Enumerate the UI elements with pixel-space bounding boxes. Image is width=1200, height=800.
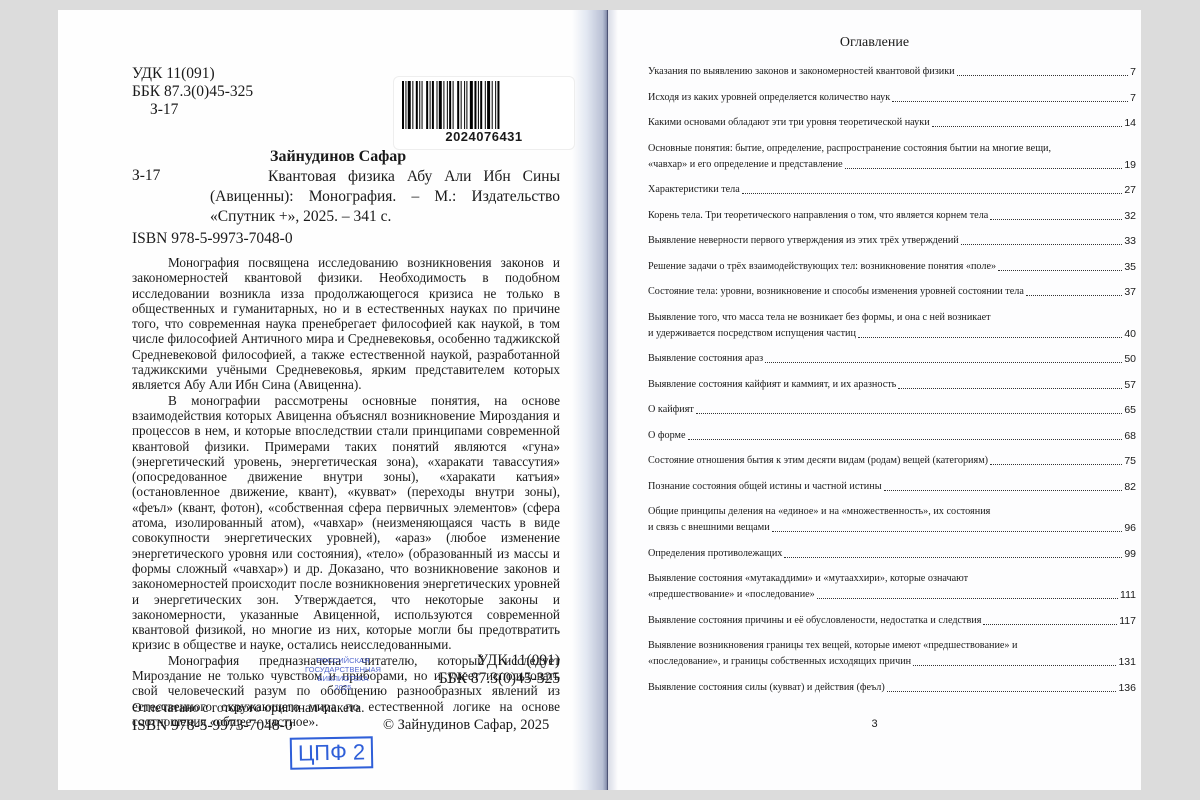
toc-leader-dots — [1026, 295, 1122, 296]
toc-entry[interactable]: Состояние тела: уровни, возникновение и … — [648, 285, 1136, 299]
toc-leader-dots — [772, 531, 1123, 532]
bbk-line: ББК 87.3(0)45-325 — [438, 670, 560, 688]
toc-page-number: 32 — [1124, 209, 1136, 223]
toc-leader-dots — [913, 665, 1116, 666]
toc-entry[interactable]: «чавхар» и его определение и представлен… — [648, 158, 1136, 172]
toc-entry-title: Решение задачи о трёх взаимодействующих … — [648, 260, 996, 274]
toc-page-number: 65 — [1124, 403, 1136, 417]
toc-entry-title: Выявление состояния араз — [648, 352, 763, 366]
toc-entry-title: Выявление состояния силы (кувват) и дейс… — [648, 681, 885, 695]
toc-entry-title: Характеристики тела — [648, 183, 740, 197]
barcode-icon — [402, 81, 566, 129]
toc-leader-dots — [957, 75, 1129, 76]
toc-entry[interactable]: и удерживается посредством испущения час… — [648, 327, 1136, 341]
toc-entry[interactable]: Выявление состояния кайфият и каммият, и… — [648, 378, 1136, 392]
toc-page-number: 35 — [1124, 260, 1136, 274]
copyright: © Зайнудинов Сафар, 2025 — [383, 717, 549, 734]
annotation-paragraph: Монография посвящена исследованию возник… — [132, 255, 560, 393]
toc-entry-title: Указания по выявлению законов и закономе… — [648, 65, 955, 79]
toc-entry[interactable]: Познание состояния общей истины и частно… — [648, 480, 1136, 494]
toc-entry-title: Какими основами обладают эти три уровня … — [648, 116, 930, 130]
toc-leader-dots — [884, 490, 1123, 491]
toc-page-number: 68 — [1124, 429, 1136, 443]
toc-entry[interactable]: Выявление состояния причины и её обуслов… — [648, 614, 1136, 628]
toc-entry-title: Выявление состояния «мутакаддими» и «мут… — [648, 572, 968, 586]
toc-entry[interactable]: Выявление состояния силы (кувват) и дейс… — [648, 681, 1136, 695]
toc-entry-title: Исходя из каких уровней определяется кол… — [648, 91, 890, 105]
toc-page-number: 33 — [1124, 234, 1136, 248]
toc-entry-title: «чавхар» и его определение и представлен… — [648, 158, 843, 172]
toc-leader-dots — [784, 557, 1122, 558]
toc-entry[interactable]: Решение задачи о трёх взаимодействующих … — [648, 260, 1136, 274]
gutter-shadow — [608, 10, 618, 790]
toc-leader-dots — [990, 464, 1122, 465]
toc-entry-title: и связь с внешними вещами — [648, 521, 770, 535]
toc-leader-dots — [961, 244, 1123, 245]
udk-bbk-header: УДК 11(091) ББК 87.3(0)45-325 З-17 — [132, 65, 253, 119]
toc-leader-dots — [898, 388, 1122, 389]
toc-page-number: 75 — [1124, 454, 1136, 468]
toc-leader-dots — [887, 691, 1117, 692]
toc-leader-dots — [990, 219, 1122, 220]
toc-entry-title: и удерживается посредством испущения час… — [648, 327, 856, 341]
toc-entry[interactable]: Общие принципы деления на «единое» и на … — [648, 505, 1136, 519]
toc-entry-title: Определения противолежащих — [648, 547, 782, 561]
toc-entry[interactable]: Характеристики тела27 — [648, 183, 1136, 197]
udk-bbk-footer: УДК 11(091) ББК 87.3(0)45-325 — [438, 652, 560, 688]
stamp-line: БИБЛИОТЕКА — [298, 674, 388, 683]
toc-entry-title: Выявление состояния кайфият и каммият, и… — [648, 378, 896, 392]
toc-entry[interactable]: Исходя из каких уровней определяется кол… — [648, 91, 1136, 105]
toc-entry[interactable]: Выявление состояния араз50 — [648, 352, 1136, 366]
toc-entry[interactable]: Состояние отношения бытия к этим десяти … — [648, 454, 1136, 468]
toc-entry[interactable]: Определения противолежащих99 — [648, 547, 1136, 561]
barcode-number: 2024076431 — [394, 129, 574, 144]
toc-entry[interactable]: Выявление того, что масса тела не возник… — [648, 311, 1136, 325]
toc-entry-title: «последование», и границы собственных ис… — [648, 655, 911, 669]
toc-entry[interactable]: Корень тела. Три теоретического направле… — [648, 209, 1136, 223]
isbn: ISBN 978-5-9973-7048-0 — [132, 230, 293, 248]
toc-page-number: 131 — [1118, 655, 1136, 669]
toc-leader-dots — [932, 126, 1123, 127]
author-name: Зайнудинов Сафар — [270, 148, 406, 166]
toc-entry[interactable]: О форме68 — [648, 429, 1136, 443]
udk-line: УДК 11(091) — [132, 65, 253, 83]
toc-page-number: 96 — [1124, 521, 1136, 535]
printed-note: Отпечатано с готового оригинал-макета. — [132, 700, 364, 716]
table-of-contents: Указания по выявлению законов и закономе… — [648, 65, 1136, 706]
toc-entry[interactable]: Выявление состояния «мутакаддими» и «мут… — [648, 572, 1136, 586]
bibliographic-description: Квантовая физика Абу Али Ибн Сины (Авице… — [210, 167, 560, 227]
toc-leader-dots — [765, 362, 1122, 363]
toc-entry[interactable]: Указания по выявлению законов и закономе… — [648, 65, 1136, 79]
page-number: 3 — [608, 718, 1141, 730]
isbn-bottom: ISBN 978-5-9973-7048-0 — [132, 717, 293, 735]
toc-page-number: 117 — [1119, 614, 1136, 628]
toc-leader-dots — [983, 624, 1117, 625]
toc-entry[interactable]: «последование», и границы собственных ис… — [648, 655, 1136, 669]
stamp-line: ГОСУДАРСТВЕННАЯ — [298, 665, 388, 674]
toc-leader-dots — [688, 439, 1123, 440]
toc-entry[interactable]: Выявление возникновения границы тех веще… — [648, 639, 1136, 653]
toc-leader-dots — [892, 101, 1128, 102]
toc-page-number: 99 — [1124, 547, 1136, 561]
toc-page-number: 136 — [1118, 681, 1136, 695]
toc-page-number: 82 — [1124, 480, 1136, 494]
toc-leader-dots — [845, 168, 1123, 169]
toc-entry-title: Познание состояния общей истины и частно… — [648, 480, 882, 494]
toc-entry[interactable]: Какими основами обладают эти три уровня … — [648, 116, 1136, 130]
toc-page-number: 50 — [1124, 352, 1136, 366]
spine-shadow — [572, 10, 608, 790]
toc-page-number: 19 — [1124, 158, 1136, 172]
toc-page-number: 37 — [1124, 285, 1136, 299]
toc-leader-dots — [696, 413, 1122, 414]
cpf-stamp: ЦПФ 2 — [290, 736, 374, 769]
library-stamp: РОССИЙСКАЯ ГОСУДАРСТВЕННАЯ БИБЛИОТЕКА 20… — [298, 656, 388, 692]
barcode-sticker: 2024076431 — [393, 76, 575, 150]
udk-line: УДК 11(091) — [438, 652, 560, 670]
toc-entry-title: Выявление состояния причины и её обуслов… — [648, 614, 981, 628]
bbk-line: ББК 87.3(0)45-325 — [132, 83, 253, 101]
toc-page-number: 14 — [1124, 116, 1136, 130]
toc-entry[interactable]: Выявление неверности первого утверждения… — [648, 234, 1136, 248]
toc-entry-title: Основные понятия: бытие, определение, ра… — [648, 142, 1051, 156]
toc-entry-title: О кайфият — [648, 403, 694, 417]
toc-entry-title: Состояние тела: уровни, возникновение и … — [648, 285, 1024, 299]
left-page: УДК 11(091) ББК 87.3(0)45-325 З-17 20240… — [58, 10, 608, 790]
toc-entry[interactable]: О кайфият65 — [648, 403, 1136, 417]
toc-page-number: 7 — [1130, 65, 1136, 79]
toc-page-number: 40 — [1124, 327, 1136, 341]
author-mark: З-17 — [132, 167, 160, 185]
toc-page-number: 7 — [1130, 91, 1136, 105]
toc-entry-title: «предшествование» и «последование» — [648, 588, 815, 602]
toc-entry-title: Выявление неверности первого утверждения… — [648, 234, 959, 248]
toc-entry-title: Корень тела. Три теоретического направле… — [648, 209, 988, 223]
author-mark-line: З-17 — [132, 101, 253, 119]
annotation-paragraph: В монографии рассмотрены основные поняти… — [132, 393, 560, 653]
toc-entry-title: Состояние отношения бытия к этим десяти … — [648, 454, 988, 468]
toc-leader-dots — [858, 337, 1122, 338]
toc-page-number: 27 — [1124, 183, 1136, 197]
right-page: Оглавление Указания по выявлению законов… — [608, 10, 1141, 790]
toc-title: Оглавление — [608, 35, 1141, 51]
toc-entry[interactable]: Основные понятия: бытие, определение, ра… — [648, 142, 1136, 156]
toc-leader-dots — [817, 598, 1118, 599]
toc-leader-dots — [998, 270, 1122, 271]
toc-entry-title: О форме — [648, 429, 686, 443]
toc-entry-title: Общие принципы деления на «единое» и на … — [648, 505, 990, 519]
toc-page-number: 57 — [1124, 378, 1136, 392]
toc-entry[interactable]: «предшествование» и «последование»111 — [648, 588, 1136, 602]
toc-page-number: 111 — [1120, 588, 1136, 602]
stamp-line: 2025 — [298, 683, 388, 692]
toc-entry[interactable]: и связь с внешними вещами96 — [648, 521, 1136, 535]
stamp-line: РОССИЙСКАЯ — [298, 656, 388, 665]
toc-leader-dots — [742, 193, 1123, 194]
toc-entry-title: Выявление возникновения границы тех веще… — [648, 639, 1018, 653]
toc-entry-title: Выявление того, что масса тела не возник… — [648, 311, 991, 325]
